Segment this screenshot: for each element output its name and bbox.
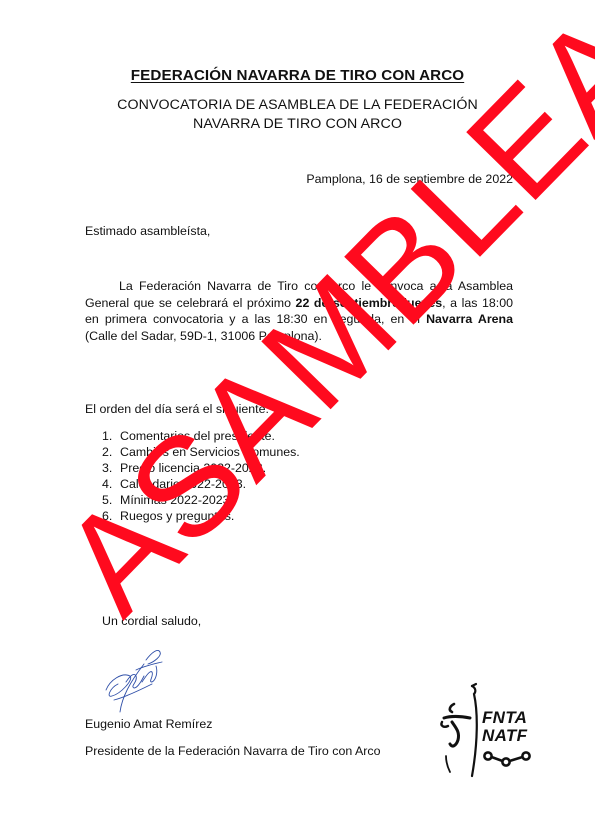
agenda-item: 4.Calendario 2022-2023. bbox=[85, 476, 300, 492]
agenda-item-number: 1. bbox=[102, 428, 112, 444]
letter-date: Pamplona, 16 de septiembre de 2022 bbox=[306, 172, 513, 186]
agenda-item-number: 3. bbox=[102, 460, 112, 476]
agenda-item: 6.Ruegos y preguntas. bbox=[85, 508, 300, 524]
agenda-item-text: Comentarios del presidente. bbox=[120, 429, 275, 443]
document-page: FEDERACIÓN NAVARRA DE TIRO CON ARCO CONV… bbox=[0, 0, 595, 837]
meeting-date: 22 de septiembre jueves bbox=[296, 296, 443, 310]
agenda-item-number: 4. bbox=[102, 476, 112, 492]
convocation-paragraph: La Federación Navarra de Tiro con Arco l… bbox=[85, 278, 513, 344]
agenda-intro: El orden del día será el siguiente: bbox=[85, 402, 269, 416]
agenda-item-text: Calendario 2022-2023. bbox=[120, 477, 246, 491]
document-title: FEDERACIÓN NAVARRA DE TIRO CON ARCO bbox=[0, 67, 595, 84]
document-subtitle-line1: CONVOCATORIA DE ASAMBLEA DE LA FEDERACIÓ… bbox=[0, 97, 595, 113]
agenda-item-text: Ruegos y preguntas. bbox=[120, 509, 234, 523]
agenda-item-number: 6. bbox=[102, 508, 112, 524]
signature-image bbox=[100, 642, 170, 714]
agenda-item-number: 5. bbox=[102, 492, 112, 508]
agenda-item: 5.Mínimas 2022-2023. bbox=[85, 492, 300, 508]
agenda-item-text: Precio licencia 2022-2023. bbox=[120, 461, 266, 475]
agenda-item-number: 2. bbox=[102, 444, 112, 460]
agenda-item: 2.Cambios en Servicios Comunes. bbox=[85, 444, 300, 460]
agenda-item: 1.Comentarios del presidente. bbox=[85, 428, 300, 444]
greeting: Estimado asambleísta, bbox=[85, 224, 210, 238]
signer-name: Eugenio Amat Remírez bbox=[85, 717, 212, 731]
agenda-item-text: Cambios en Servicios Comunes. bbox=[120, 445, 300, 459]
agenda-item: 3.Precio licencia 2022-2023. bbox=[85, 460, 300, 476]
closing-salutation: Un cordial saludo, bbox=[102, 614, 201, 628]
signer-role: Presidente de la Federación Navarra de T… bbox=[85, 744, 380, 758]
federation-logo: FNTA NATF bbox=[432, 682, 540, 780]
document-subtitle-line2: NAVARRA DE TIRO CON ARCO bbox=[0, 116, 595, 132]
meeting-venue: Navarra Arena bbox=[426, 312, 513, 326]
agenda-item-text: Mínimas 2022-2023. bbox=[120, 493, 233, 507]
logo-text-natf: NATF bbox=[482, 727, 527, 744]
logo-text-fnta: FNTA bbox=[482, 709, 527, 726]
agenda-list: 1.Comentarios del presidente. 2.Cambios … bbox=[85, 428, 300, 525]
paragraph-text: (Calle del Sadar, 59D-1, 31006 Pamplona)… bbox=[85, 329, 322, 343]
